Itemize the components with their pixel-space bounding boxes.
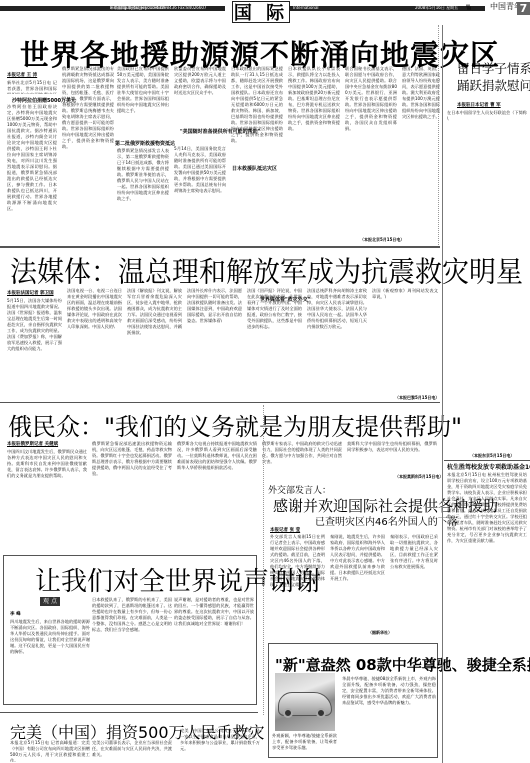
sidebar-body <box>447 110 527 410</box>
sidebar-headline: 留日学子情系灾区 踊跃捐款慰问亲人 <box>457 60 530 94</box>
lead-col7 <box>345 66 397 236</box>
sidebar-headline-line1: 留日学子情系灾区 <box>457 60 530 77</box>
thanks-byline: 李 峰 <box>10 611 21 617</box>
lead-col4-top <box>174 66 226 126</box>
mfa-byline: 本报记者 张 莹 <box>270 527 300 533</box>
sidebar-byline: 本报驻日本记者 曹 军 <box>457 102 501 108</box>
russia-end-note: （本报莫斯科5月15日电） <box>395 474 443 480</box>
lead-end-note: （本报北京5月15日电） <box>360 237 404 243</box>
russia-col4 <box>262 441 342 481</box>
france-col1 <box>7 298 62 394</box>
section-label: 国 际 <box>232 1 290 23</box>
thanks-col2 <box>92 597 172 703</box>
lead-intro <box>7 80 57 94</box>
divider-perfect <box>0 712 258 713</box>
russia-col2 <box>92 441 172 515</box>
thanks-col1 <box>10 619 90 703</box>
lead-col3-top <box>117 66 169 138</box>
russia-col1 <box>7 449 87 515</box>
issue-date: 2008年5月16日 星期五 <box>415 5 458 11</box>
divider-france <box>0 402 440 403</box>
lead-col5 <box>231 66 283 244</box>
perfect-col2 <box>92 740 172 762</box>
france-byline: 本报驻法国记者 郭卫国 <box>7 290 54 296</box>
russia-byline: 本报驻俄罗斯记者 关健斌 <box>7 441 58 447</box>
page-number: 7 <box>517 2 530 15</box>
sidebar-end-note: （本报东京5月15日电） <box>470 453 514 459</box>
lead-col6 <box>288 66 340 244</box>
france-col6 <box>307 288 367 394</box>
perfect-col1 <box>10 740 90 762</box>
sidebar-divider <box>442 25 443 763</box>
masthead-right-bar: International 2008年5月16日 星期五 <box>290 6 485 11</box>
masthead-left-bar: E-mail:guojibu@cyol.net.cn 本版编辑/李宏斌 Tel:… <box>0 6 225 11</box>
lead-col3-bottom <box>117 148 169 244</box>
france-col5 <box>247 288 302 394</box>
sidebar-ad-title: 杭生胜驾校发放专项救助基金100万 <box>447 462 530 471</box>
russia-col5 <box>347 441 437 473</box>
france-end-note: （本报巴黎5月15日电） <box>395 395 439 401</box>
car-wheel-icon <box>283 708 293 718</box>
thanks-headline: 让我们对全世界说声谢谢 <box>35 561 321 598</box>
france-col4 <box>187 288 242 394</box>
france-col2 <box>67 288 122 394</box>
car-wheel-icon <box>316 708 326 718</box>
mfa-subheadline: 已查明灾区内46名外国人的下落 <box>315 513 458 528</box>
lead-subhead-4: 日本救援队抵达灾区 <box>232 165 277 172</box>
sidebar-rule <box>444 460 530 461</box>
stripes-decoration: \\\\ <box>466 4 470 11</box>
lead-byline: 本报记者 王 沛 <box>7 72 37 78</box>
masthead-contact: 本版编辑/李宏斌 Tel:010-64098436 Fax:84026607 <box>110 5 206 11</box>
opinion-tag: 观 点 <box>40 597 60 606</box>
mfa-col3 <box>390 534 438 634</box>
lead-col1 <box>7 104 57 244</box>
ad-caption: 外观新颖，中华尊驰/骏捷全系新款上市，配备多项新装备，让驾乘者享受更多驾驶乐趣。 <box>272 733 337 755</box>
france-subhead: 世界媒体看"救灾外交" <box>260 296 310 303</box>
lead-col2 <box>62 66 114 244</box>
perfect-col3 <box>180 728 260 762</box>
sidebar-headline-line2: 踊跃捐款慰问亲人 <box>457 77 530 94</box>
divider-lead <box>0 246 440 248</box>
thanks-col3 <box>174 597 254 703</box>
sidebar-ad-body <box>447 472 527 760</box>
lead-subhead-2: 第二批俄罗斯救援物资抵达 <box>115 140 175 147</box>
france-col3 <box>127 288 182 394</box>
ad-body <box>342 676 436 756</box>
russia-headline: 俄民众："我们的义务就是为朋友提供帮助" <box>8 407 462 442</box>
france-col7 <box>372 288 438 394</box>
mfa-end-note: （据新华社） <box>368 630 392 636</box>
section-english: International <box>293 5 319 11</box>
russia-col3 <box>177 441 257 515</box>
lead-col4-bottom <box>174 146 226 244</box>
lead-col8 <box>402 66 440 244</box>
column-separator <box>263 405 264 715</box>
masthead: E-mail:guojibu@cyol.net.cn 本版编辑/李宏斌 Tel:… <box>0 0 530 22</box>
mfa-col2 <box>330 534 385 634</box>
column-separator <box>438 25 439 245</box>
